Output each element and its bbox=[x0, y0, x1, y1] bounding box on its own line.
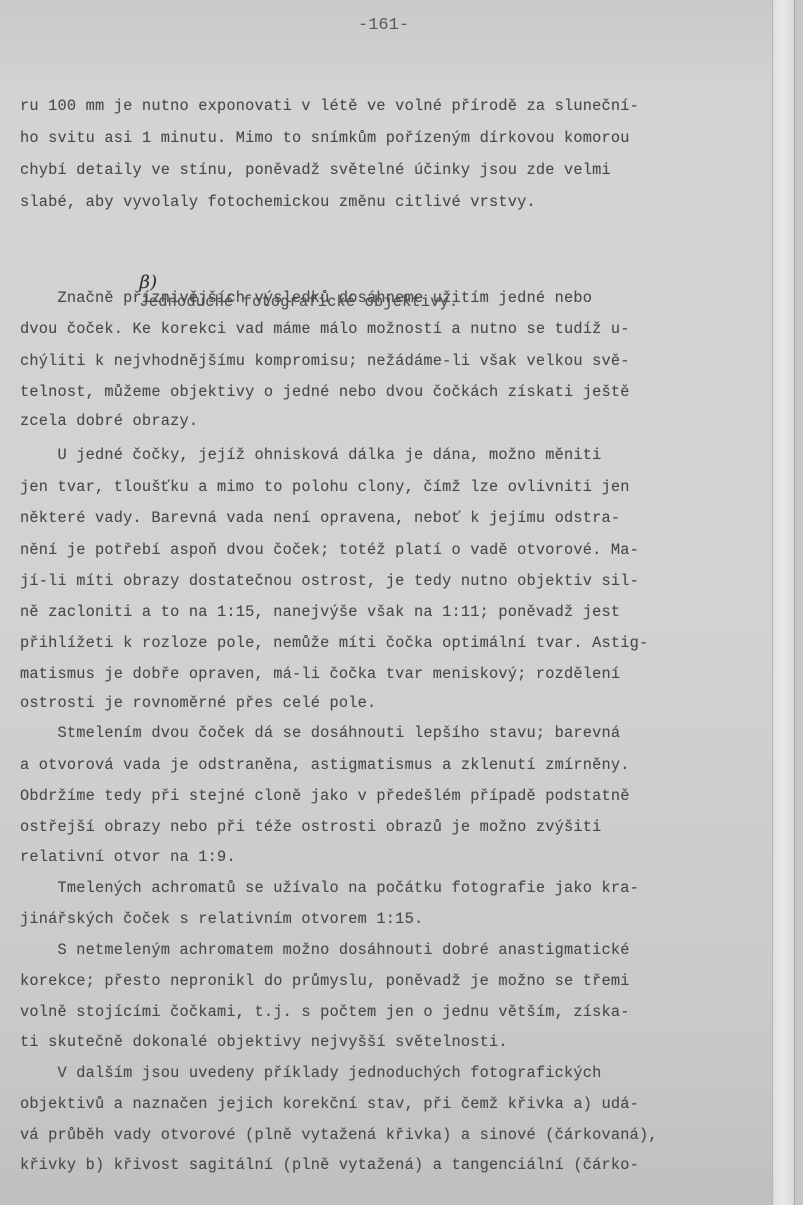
text-line: ho svitu asi 1 minutu. Mimo to snímkům p… bbox=[20, 129, 630, 147]
text-line: ostrosti je rovnoměrné přes celé pole. bbox=[20, 694, 376, 712]
text-line: jí-li míti obrazy dostatečnou ostrost, j… bbox=[20, 572, 639, 590]
text-line: objektivů a naznačen jejich korekční sta… bbox=[20, 1095, 639, 1113]
text-line: telnost, můžeme objektivy o jedné nebo d… bbox=[20, 383, 630, 401]
text-line: některé vady. Barevná vada není opravena… bbox=[20, 509, 620, 527]
text-line: ostřejší obrazy nebo při téže ostrosti o… bbox=[20, 818, 602, 836]
text-line: Tmelených achromatů se užívalo na počátk… bbox=[20, 879, 639, 897]
text-line: ti skutečně dokonalé objektivy nejvyšší … bbox=[20, 1033, 508, 1051]
text-line: Stmelením dvou čoček dá se dosáhnouti le… bbox=[20, 724, 620, 742]
text-line: křivky b) křivost sagitální (plně vytaže… bbox=[20, 1156, 639, 1174]
text-line: dvou čoček. Ke korekci vad máme málo mož… bbox=[20, 320, 630, 338]
text-line: jen tvar, tloušťku a mimo to polohu clon… bbox=[20, 478, 630, 496]
text-line: přihlížeti k rozloze pole, nemůže míti č… bbox=[20, 634, 648, 652]
text-line: ně zacloniti a to na 1:15, nanejvýše vša… bbox=[20, 603, 620, 621]
text-line: nění je potřebí aspoň dvou čoček; totéž … bbox=[20, 541, 639, 559]
text-line: Značně příznivějších výsledků dosáhneme … bbox=[20, 289, 592, 307]
text-line: a otvorová vada je odstraněna, astigmati… bbox=[20, 756, 630, 774]
text-line: jinářských čoček s relativním otvorem 1:… bbox=[20, 910, 423, 928]
page-edge bbox=[772, 0, 795, 1205]
text-line: relativní otvor na 1:9. bbox=[20, 848, 236, 866]
page-number: -161- bbox=[358, 16, 409, 35]
text-line: volně stojícími čočkami, t.j. s počtem j… bbox=[20, 1003, 630, 1021]
text-line: U jedné čočky, jejíž ohnisková dálka je … bbox=[20, 446, 602, 464]
text-line: chybí detaily ve stínu, poněvadž světeln… bbox=[20, 161, 611, 179]
text-line: vá průběh vady otvorové (plně vytažená k… bbox=[20, 1126, 658, 1144]
text-line: slabé, aby vyvolaly fotochemickou změnu … bbox=[20, 193, 536, 211]
text-line: zcela dobré obrazy. bbox=[20, 412, 198, 430]
document-page: -161- ru 100 mm je nutno exponovati v lé… bbox=[0, 0, 772, 1205]
text-line: V dalším jsou uvedeny příklady jednoduch… bbox=[20, 1064, 602, 1082]
text-line: S netmeleným achromatem možno dosáhnouti… bbox=[20, 941, 630, 959]
page-edge-shadow bbox=[794, 0, 803, 1205]
text-line: Obdržíme tedy při stejné cloně jako v př… bbox=[20, 787, 630, 805]
text-line: matismus je dobře opraven, má-li čočka t… bbox=[20, 665, 620, 683]
text-line: ru 100 mm je nutno exponovati v létě ve … bbox=[20, 97, 639, 115]
text-line: korekce; přesto nepronikl do průmyslu, p… bbox=[20, 972, 630, 990]
text-line: chýliti k nejvhodnějšímu kompromisu; než… bbox=[20, 352, 630, 370]
